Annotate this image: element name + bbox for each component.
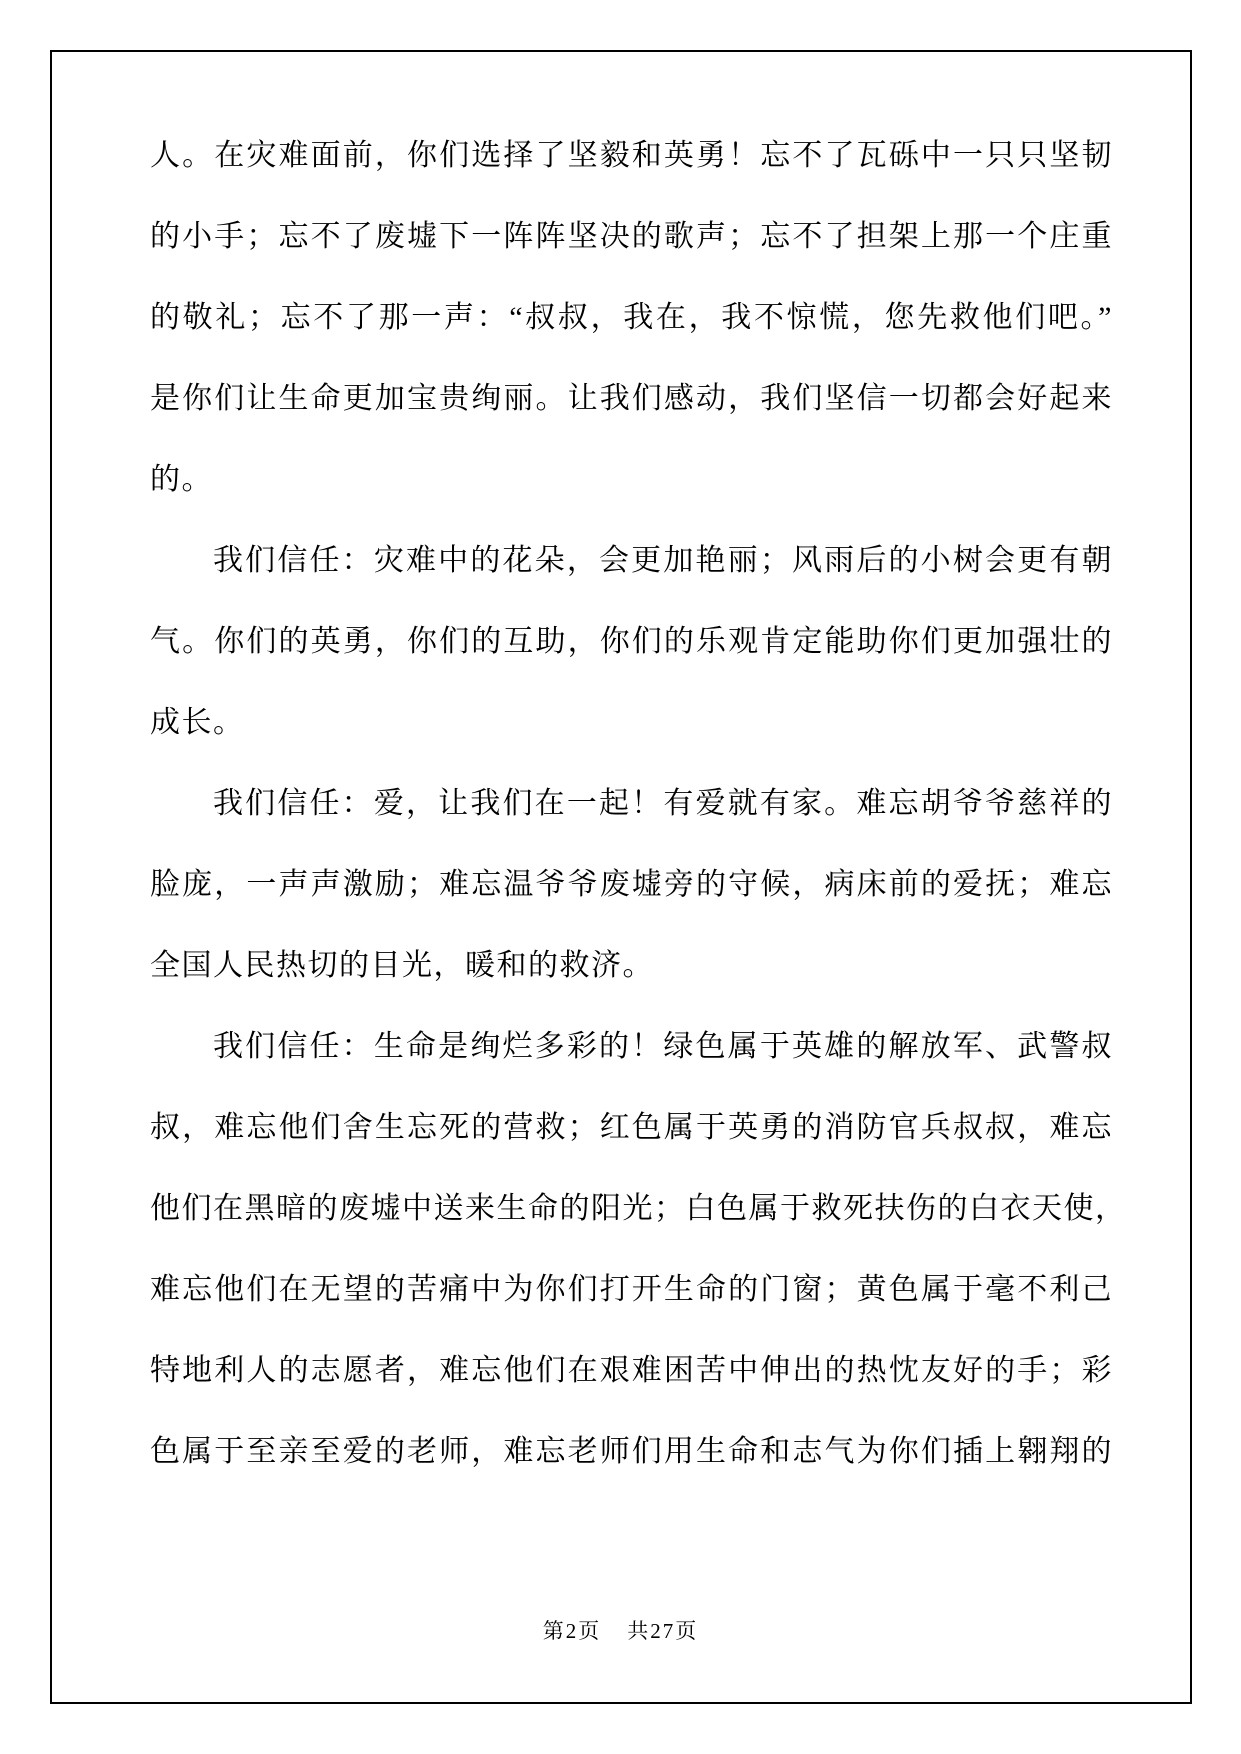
text-line: 我们信任：灾难中的花朵，会更加艳丽；风雨后的小树会更有朝 [150,520,1113,601]
page-footer: 第2页共27页 [0,1615,1241,1645]
text-line: 全国人民热切的目光，暖和的救济。 [150,925,1113,1006]
text-line: 的小手；忘不了废墟下一阵阵坚决的歌声；忘不了担架上那一个庄重 [150,196,1113,277]
text-line: 我们信任：生命是绚烂多彩的！绿色属于英雄的解放军、武警叔 [150,1006,1113,1087]
text-line: 人。在灾难面前，你们选择了坚毅和英勇！忘不了瓦砾中一只只坚韧 [150,115,1113,196]
text-line: 的敬礼；忘不了那一声：“叔叔，我在，我不惊慌，您先救他们吧。” [150,277,1113,358]
text-line: 我们信任：爱，让我们在一起！有爱就有家。难忘胡爷爷慈祥的 [150,763,1113,844]
text-line: 难忘他们在无望的苦痛中为你们打开生命的门窗；黄色属于毫不利己 [150,1249,1113,1330]
text-line: 色属于至亲至爱的老师，难忘老师们用生命和志气为你们插上翱翔的 [150,1411,1113,1492]
text-line: 特地利人的志愿者，难忘他们在艰难困苦中伸出的热忱友好的手；彩 [150,1330,1113,1411]
text-line: 成长。 [150,682,1113,763]
text-line: 的。 [150,439,1113,520]
text-line: 脸庞，一声声激励；难忘温爷爷废墟旁的守候，病床前的爱抚；难忘 [150,844,1113,925]
page-number-current: 第2页 [543,1619,602,1643]
text-line: 气。你们的英勇，你们的互助，你们的乐观肯定能助你们更加强壮的 [150,601,1113,682]
text-line: 是你们让生命更加宝贵绚丽。让我们感动，我们坚信一切都会好起来 [150,358,1113,439]
document-body: 人。在灾难面前，你们选择了坚毅和英勇！忘不了瓦砾中一只只坚韧 的小手；忘不了废墟… [150,115,1113,1492]
text-line: 他们在黑暗的废墟中送来生命的阳光；白色属于救死扶伤的白衣天使， [150,1168,1113,1249]
text-line: 叔，难忘他们舍生忘死的营救；红色属于英勇的消防官兵叔叔，难忘 [150,1087,1113,1168]
page-count-total: 共27页 [627,1619,698,1643]
